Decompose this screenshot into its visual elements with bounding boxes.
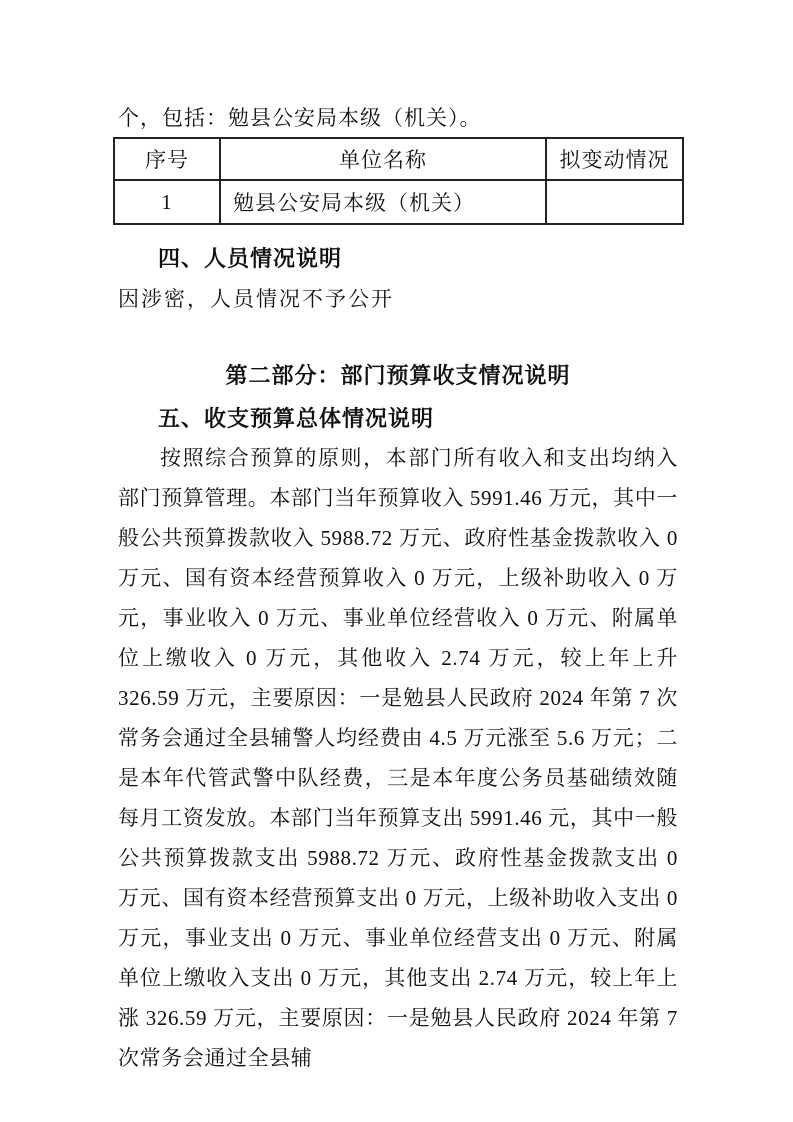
unit-row-name: 勉县公安局本级（机关） <box>220 180 546 224</box>
units-table-header-change: 拟变动情况 <box>546 138 683 180</box>
section4-note: 因涉密，人员情况不予公开 <box>118 283 678 313</box>
document-page: 个，包括：勉县公安局本级（机关）。 序号 单位名称 拟变动情况 1 勉县公安局本… <box>0 0 793 1122</box>
units-table-header-no: 序号 <box>114 138 220 180</box>
section4-heading: 四、人员情况说明 <box>158 242 678 273</box>
units-table-header-row: 序号 单位名称 拟变动情况 <box>114 138 683 180</box>
unit-row-number: 1 <box>114 180 220 224</box>
part2-title: 第二部分：部门预算收支情况说明 <box>118 359 678 390</box>
units-table: 序号 单位名称 拟变动情况 1 勉县公安局本级（机关） <box>113 137 684 225</box>
intro-line: 个，包括：勉县公安局本级（机关）。 <box>118 103 678 133</box>
units-table-header-name: 单位名称 <box>220 138 546 180</box>
unit-row-change <box>546 180 683 224</box>
section5-paragraph: 按照综合预算的原则，本部门所有收入和支出均纳入部门预算管理。本部门当年预算收入 … <box>118 438 678 1078</box>
section5-heading: 五、收支预算总体情况说明 <box>158 402 678 433</box>
page-content: 个，包括：勉县公安局本级（机关）。 序号 单位名称 拟变动情况 1 勉县公安局本… <box>118 103 678 1078</box>
table-row: 1 勉县公安局本级（机关） <box>114 180 683 224</box>
